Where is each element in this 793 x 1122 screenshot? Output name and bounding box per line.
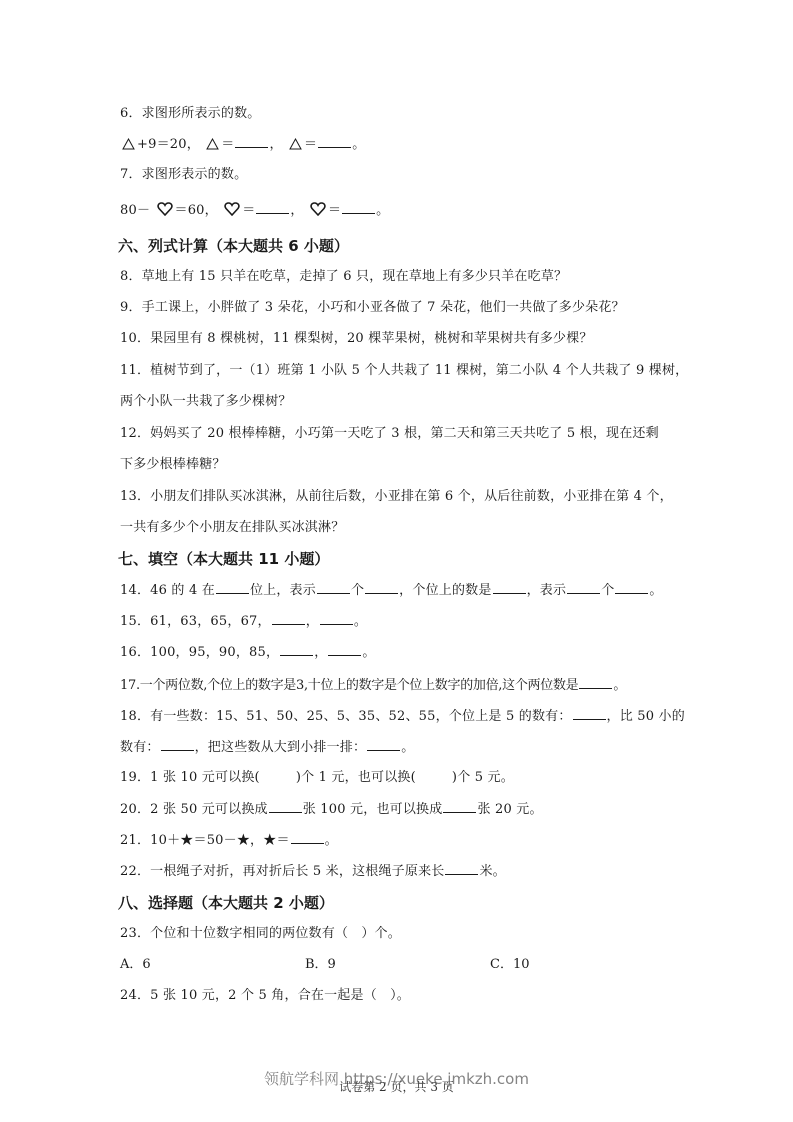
triangle-icon (122, 138, 135, 156)
question-6-equation: +9＝20， ＝， ＝。 (120, 135, 365, 156)
answer-blank[interactable] (365, 581, 398, 594)
answer-blank[interactable] (256, 201, 289, 214)
answer-blank[interactable] (161, 738, 194, 751)
section-6-heading: 六、列式计算（本大题共 6 小题） (118, 236, 349, 256)
question-11-line2: 两个小队一共栽了多少棵树？ (120, 393, 292, 411)
question-9: 9．手工课上，小胖做了 3 朵花，小巧和小亚各做了 7 朵花，他们一共做了多少朵… (120, 299, 625, 317)
heart-icon (310, 202, 326, 222)
star-icon: ★ (237, 833, 250, 848)
answer-blank[interactable] (573, 707, 606, 720)
question-12-line1: 12．妈妈买了 20 根棒棒糖，小巧第一天吃了 3 根，第二天和第三天共吃了 5… (120, 425, 659, 443)
star-icon: ★ (263, 833, 276, 848)
answer-blank[interactable] (291, 831, 324, 844)
question-7-title: 7．求图形表示的数。 (120, 166, 247, 184)
triangle-icon (289, 138, 302, 156)
question-21: 21．10＋★＝50－★，★＝。 (120, 831, 338, 850)
star-icon: ★ (180, 833, 193, 848)
question-8: 8．草地上有 15 只羊在吃草，走掉了 6 只，现在草地上有多少只羊在吃草？ (120, 268, 567, 286)
answer-blank[interactable] (445, 862, 478, 875)
option-b[interactable]: B．9 (305, 956, 336, 974)
question-15: 15．61，63，65，67，，。 (120, 612, 367, 631)
answer-blank[interactable] (615, 581, 648, 594)
exam-page: 6．求图形所表示的数。 +9＝20， ＝， ＝。 7．求图形表示的数。 80－ … (0, 0, 793, 1122)
answer-blank[interactable] (328, 643, 361, 656)
option-a[interactable]: A．6 (120, 956, 151, 974)
question-13-line1: 13．小朋友们排队买冰淇淋，从前往后数，小亚排在第 6 个，从后往前数，小亚排在… (120, 488, 673, 506)
heart-icon (224, 202, 240, 222)
question-24: 24．5 张 10 元，2 个 5 角，合在一起是（ ）。 (120, 987, 410, 1005)
answer-blank[interactable] (272, 612, 305, 625)
section-7-heading: 七、填空（本大题共 11 小题） (118, 549, 329, 569)
section-8-heading: 八、选择题（本大题共 2 小题） (118, 893, 334, 913)
answer-blank[interactable] (317, 581, 350, 594)
answer-blank[interactable] (320, 612, 353, 625)
watermark: 领航学科网 https://xueke.jmkzh.com (0, 1068, 793, 1089)
answer-blank[interactable] (579, 676, 612, 689)
answer-blank[interactable] (342, 201, 375, 214)
question-18-line1: 18．有一些数：15、51、50、25、5、35、52、55，个位上是 5 的数… (120, 707, 685, 726)
question-14: 14．46 的 4 在位上，表示个，个位上的数是，表示个。 (120, 581, 663, 600)
question-23: 23．个位和十位数字相同的两位数有（ ）个。 (120, 925, 401, 943)
heart-icon (157, 202, 173, 222)
answer-blank[interactable] (216, 581, 249, 594)
question-16: 16．100，95，90，85，，。 (120, 643, 376, 662)
question-13-line2: 一共有多少个小朋友在排队买冰淇淋？ (120, 519, 344, 537)
question-18-line2: 数有：，把这些数从大到小排一排：。 (120, 738, 414, 757)
answer-blank[interactable] (280, 643, 313, 656)
question-7-equation: 80－ ＝60， ＝， ＝。 (120, 201, 389, 222)
option-c[interactable]: C．10 (490, 956, 530, 974)
question-11-line1: 11．植树节到了，一（1）班第 1 小队 5 个人共栽了 11 棵树，第二小队 … (120, 362, 688, 380)
answer-blank[interactable] (269, 800, 302, 813)
question-20: 20．2 张 50 元可以换成张 100 元，也可以换成张 20 元。 (120, 800, 543, 819)
question-22: 22．一根绳子对折，再对折后长 5 米，这根绳子原来长米。 (120, 862, 506, 881)
answer-blank[interactable] (318, 135, 351, 148)
answer-blank[interactable] (493, 581, 526, 594)
answer-blank[interactable] (443, 800, 476, 813)
question-10: 10．果园里有 8 棵桃树，11 棵梨树，20 棵苹果树，桃树和苹果树共有多少棵… (120, 330, 593, 348)
question-17: 17.一个两位数,个位上的数字是3,十位上的数字是个位上数字的加倍,这个两位数是… (120, 676, 626, 695)
answer-blank[interactable] (367, 738, 400, 751)
question-12-line2: 下多少根棒棒糖？ (120, 456, 226, 474)
triangle-icon (206, 138, 219, 156)
answer-blank[interactable] (567, 581, 600, 594)
question-19: 19．1 张 10 元可以换()个 1 元，也可以换()个 5 元。 (120, 769, 514, 787)
answer-blank[interactable] (235, 135, 268, 148)
question-6-title: 6．求图形所表示的数。 (120, 105, 260, 123)
